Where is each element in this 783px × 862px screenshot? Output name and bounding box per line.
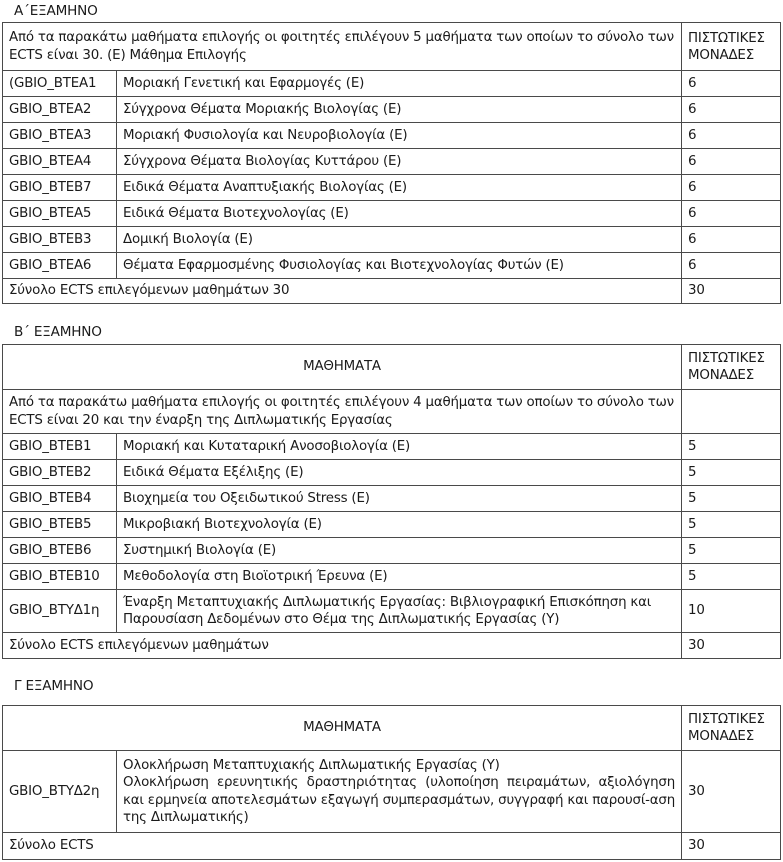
- course-description: Ολοκλήρωση ερευνητικής δραστηριότητας (υ…: [123, 774, 675, 827]
- course-name: Μοριακή Γενετική και Εφαρμογές (Ε): [117, 71, 682, 97]
- course-name: Ειδικά Θέματα Βιοτεχνολογίας (Ε): [117, 201, 682, 227]
- total-label: Σύνολο ECTS επιλεγόμενων μαθημάτων 30: [3, 279, 682, 304]
- semester-b-table: ΜΑΘΗΜΑΤΑ ΠΙΣΤΩΤΙΚΕΣΜΟΝΑΔΕΣ Από τα παρακά…: [2, 344, 781, 659]
- course-credits: 6: [682, 97, 781, 123]
- table-row: (GBIO_BTEA1 Μοριακή Γενετική και Εφαρμογ…: [3, 71, 781, 97]
- semester-b-intro: Από τα παρακάτω μαθήματα επιλογής οι φοι…: [3, 390, 682, 434]
- total-row: Σύνολο ECTS επιλεγόμενων μαθημάτων 30: [3, 633, 781, 659]
- table-row: GBIO_BTEB1 Μοριακή και Κυταταρική Ανοσοβ…: [3, 434, 781, 460]
- table-row: GBIO_BTEB10 Μεθοδολογία στη Βιοϊοτρική Έ…: [3, 564, 781, 590]
- semester-a-intro: Από τα παρακάτω μαθήματα επιλογής οι φοι…: [3, 23, 682, 71]
- table-row: GBIO_BTYΔ2η Ολοκλήρωση Μεταπτυχιακής Διπ…: [3, 751, 781, 833]
- courses-header: ΜΑΘΗΜΑΤΑ: [3, 706, 682, 751]
- table-header-row: ΜΑΘΗΜΑΤΑ ΠΙΣΤΩΤΙΚΕΣΜΟΝΑΔΕΣ: [3, 706, 781, 751]
- course-title: Ολοκλήρωση Μεταπτυχιακής Διπλωματικής Ερ…: [123, 757, 675, 775]
- course-name: Έναρξη Μεταπτυχιακής Διπλωματικής Εργασί…: [117, 590, 682, 633]
- table-header-row: Από τα παρακάτω μαθήματα επιλογής οι φοι…: [3, 23, 781, 71]
- course-name: Ειδικά Θέματα Εξέλιξης (Ε): [117, 460, 682, 486]
- course-code: GBIO_BTEA6: [3, 253, 117, 279]
- course-credits: 6: [682, 201, 781, 227]
- table-row: GBIO_BTEB6 Συστημική Βιολογία (Ε) 5: [3, 538, 781, 564]
- course-name: Μικροβιακή Βιοτεχνολογία (Ε): [117, 512, 682, 538]
- course-code: GBIO_BTEA4: [3, 149, 117, 175]
- empty-cell: [682, 390, 781, 434]
- total-label: Σύνολο ECTS επιλεγόμενων μαθημάτων: [3, 633, 682, 659]
- course-credits: 5: [682, 486, 781, 512]
- course-code: GBIO_BTEB5: [3, 512, 117, 538]
- credits-header: ΠΙΣΤΩΤΙΚΕΣΜΟΝΑΔΕΣ: [682, 23, 781, 71]
- course-credits: 6: [682, 227, 781, 253]
- course-code: (GBIO_BTEA1: [3, 71, 117, 97]
- intro-row: Από τα παρακάτω μαθήματα επιλογής οι φοι…: [3, 390, 781, 434]
- course-code: GBIO_BTEB10: [3, 564, 117, 590]
- total-value: 30: [682, 279, 781, 304]
- table-row: GBIO_BTEB4 Βιοχημεία του Οξειδωτικού Str…: [3, 486, 781, 512]
- table-header-row: ΜΑΘΗΜΑΤΑ ΠΙΣΤΩΤΙΚΕΣΜΟΝΑΔΕΣ: [3, 345, 781, 390]
- course-name: Μοριακή και Κυταταρική Ανοσοβιολογία (Ε): [117, 434, 682, 460]
- table-row: GBIO_BTEB2 Ειδικά Θέματα Εξέλιξης (Ε) 5: [3, 460, 781, 486]
- course-code: GBIO_BTYΔ2η: [3, 751, 117, 833]
- semester-a-title: Α΄ΕΞΑΜΗΝΟ: [14, 3, 98, 19]
- course-code: GBIO_BTEB3: [3, 227, 117, 253]
- course-credits: 6: [682, 149, 781, 175]
- course-code: GBIO_BTEB1: [3, 434, 117, 460]
- table-row: GBIO_BTEB7 Ειδικά Θέματα Αναπτυξιακής Βι…: [3, 175, 781, 201]
- credits-header: ΠΙΣΤΩΤΙΚΕΣΜΟΝΑΔΕΣ: [682, 345, 781, 390]
- course-code: GBIO_BTEB4: [3, 486, 117, 512]
- total-row: Σύνολο ECTS 30: [3, 833, 781, 860]
- course-code: GBIO_BTEB6: [3, 538, 117, 564]
- course-credits: 6: [682, 253, 781, 279]
- table-row: GBIO_BTEA5 Ειδικά Θέματα Βιοτεχνολογίας …: [3, 201, 781, 227]
- courses-header: ΜΑΘΗΜΑΤΑ: [3, 345, 682, 390]
- table-row: GBIO_BTEA6 Θέματα Εφαρμοσμένης Φυσιολογί…: [3, 253, 781, 279]
- table-row: GBIO_BTEA3 Μοριακή Φυσιολογία και Νευροβ…: [3, 123, 781, 149]
- table-row: GBIO_BTYΔ1η Έναρξη Μεταπτυχιακής Διπλωμα…: [3, 590, 781, 633]
- course-credits: 5: [682, 512, 781, 538]
- course-name: Σύγχρονα Θέματα Μοριακής Βιολογίας (Ε): [117, 97, 682, 123]
- course-code: GBIO_BTEA5: [3, 201, 117, 227]
- semester-a-table: Από τα παρακάτω μαθήματα επιλογής οι φοι…: [2, 22, 781, 304]
- course-credits: 6: [682, 123, 781, 149]
- table-row: GBIO_BTEB5 Μικροβιακή Βιοτεχνολογία (Ε) …: [3, 512, 781, 538]
- course-name: Σύγχρονα Θέματα Βιολογίας Κυττάρου (Ε): [117, 149, 682, 175]
- course-name: Συστημική Βιολογία (Ε): [117, 538, 682, 564]
- course-name: Ειδικά Θέματα Αναπτυξιακής Βιολογίας (Ε): [117, 175, 682, 201]
- course-code: GBIO_BTEB2: [3, 460, 117, 486]
- course-credits: 6: [682, 175, 781, 201]
- table-row: GBIO_BTEA4 Σύγχρονα Θέματα Βιολογίας Κυτ…: [3, 149, 781, 175]
- course-credits: 5: [682, 434, 781, 460]
- semester-c-title: Γ ΕΞΑΜΗΝΟ: [14, 678, 93, 694]
- course-name: Μεθοδολογία στη Βιοϊοτρική Έρευνα (Ε): [117, 564, 682, 590]
- total-value: 30: [682, 833, 781, 860]
- course-credits: 10: [682, 590, 781, 633]
- course-name: Ολοκλήρωση Μεταπτυχιακής Διπλωματικής Ερ…: [117, 751, 682, 833]
- course-code: GBIO_BTEA2: [3, 97, 117, 123]
- semester-b-title: Β΄ ΕΞΑΜΗΝΟ: [14, 324, 102, 340]
- course-credits: 5: [682, 538, 781, 564]
- course-name: Θέματα Εφαρμοσμένης Φυσιολογίας και Βιοτ…: [117, 253, 682, 279]
- table-row: GBIO_BTEA2 Σύγχρονα Θέματα Μοριακής Βιολ…: [3, 97, 781, 123]
- course-credits: 5: [682, 564, 781, 590]
- course-code: GBIO_BTEA3: [3, 123, 117, 149]
- course-credits: 6: [682, 71, 781, 97]
- course-code: GBIO_BTYΔ1η: [3, 590, 117, 633]
- course-credits: 30: [682, 751, 781, 833]
- semester-c-table: ΜΑΘΗΜΑΤΑ ΠΙΣΤΩΤΙΚΕΣΜΟΝΑΔΕΣ GBIO_BTYΔ2η Ο…: [2, 705, 781, 860]
- course-name: Μοριακή Φυσιολογία και Νευροβιολογία (Ε): [117, 123, 682, 149]
- credits-header: ΠΙΣΤΩΤΙΚΕΣΜΟΝΑΔΕΣ: [682, 706, 781, 751]
- course-name: Δομική Βιολογία (Ε): [117, 227, 682, 253]
- total-value: 30: [682, 633, 781, 659]
- course-credits: 5: [682, 460, 781, 486]
- total-row: Σύνολο ECTS επιλεγόμενων μαθημάτων 30 30: [3, 279, 781, 304]
- course-name: Βιοχημεία του Οξειδωτικού Stress (Ε): [117, 486, 682, 512]
- course-code: GBIO_BTEB7: [3, 175, 117, 201]
- table-row: GBIO_BTEB3 Δομική Βιολογία (Ε) 6: [3, 227, 781, 253]
- total-label: Σύνολο ECTS: [3, 833, 682, 860]
